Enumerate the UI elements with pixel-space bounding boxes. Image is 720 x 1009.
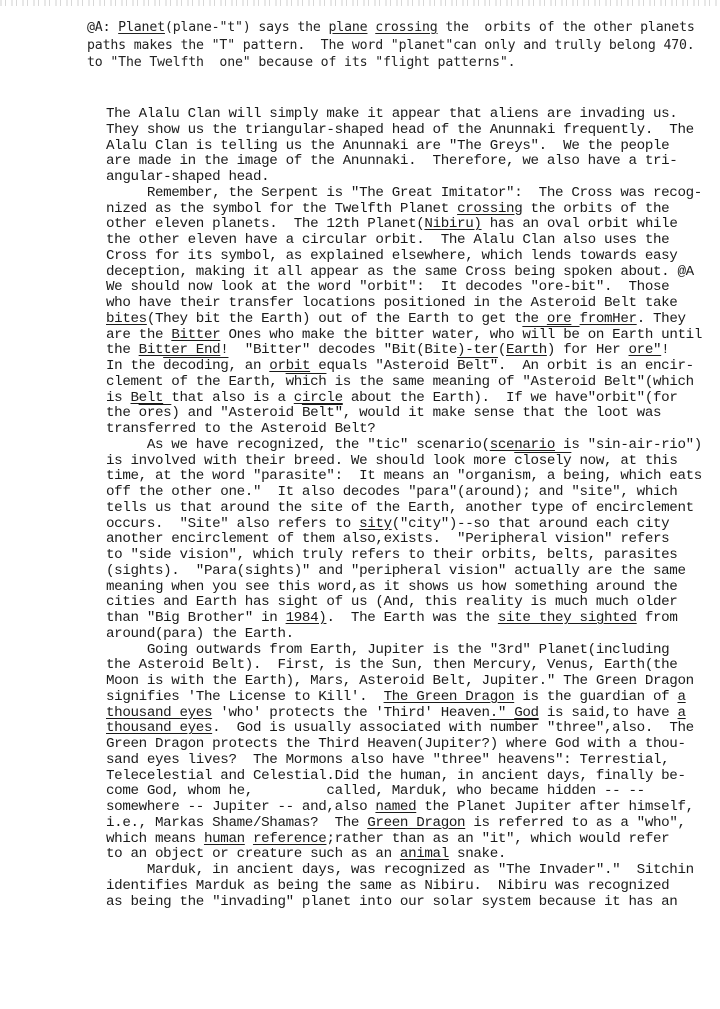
text-segment: to an object or creature such as an: [106, 846, 400, 862]
text-segment: Cross for its symbol, as explained elsew…: [106, 248, 677, 264]
text-line: is involved with their breed. We should …: [106, 454, 686, 470]
underlined-text: orbit: [269, 358, 310, 374]
text-segment: are made in the image of the Anunnaki. T…: [106, 153, 677, 169]
text-segment: is referred to as a "who",: [465, 815, 685, 831]
text-line: the Asteroid Belt). First, is the Sun, t…: [106, 658, 686, 674]
underlined-text: animal: [400, 846, 449, 862]
text-segment: . An orbit is an encir-: [498, 358, 694, 374]
text-line: time, at the word "parasite": It means a…: [106, 469, 686, 485]
text-segment: Going outwards from Earth, Jupiter is th…: [106, 642, 669, 658]
text-segment: is said,to have: [539, 705, 678, 721]
text-segment: 'who' protects the 'Third' Heaven.": [212, 705, 514, 721]
page-number: 470.: [663, 38, 694, 53]
underlined-text: Bitter: [171, 327, 220, 343]
text-segment: is the guardian of: [514, 689, 677, 705]
text-segment: around(para) the Earth.: [106, 626, 294, 642]
text-segment: transferred to the Asteroid Belt?: [106, 421, 375, 437]
text-line: angular-shaped head.: [106, 170, 686, 186]
text-line: signifies 'The License to Kill'. The Gre…: [106, 690, 686, 706]
text-line: clement of the Earth, which is the same …: [106, 375, 686, 391]
underlined-text: reference: [253, 831, 326, 847]
text-segment: (plane-"t") says the: [165, 20, 329, 35]
underlined-text: named: [375, 799, 416, 815]
scan-artifact-strip: [0, 0, 720, 6]
text-segment: angular-shaped head.: [106, 169, 269, 185]
text-segment: ! "Bitter" decodes "Bit(Bite)-ter(: [220, 342, 506, 358]
text-line: In the decoding, an orbit equals "Astero…: [106, 359, 686, 375]
text-line: come God, whom he, called, Marduk, who b…: [106, 784, 686, 800]
text-line: the ores) and "Asteroid Belt", would it …: [106, 406, 686, 422]
underlined-text: fromHer: [580, 311, 637, 327]
text-line: Cross for its symbol, as explained elsew…: [106, 249, 686, 265]
text-line: Telecelestial and Celestial.Did the huma…: [106, 769, 686, 785]
underlined-text: The Green Dragon: [384, 689, 515, 705]
text-line: the Bitter End! "Bitter" decodes "Bit(Bi…: [106, 343, 686, 359]
text-line: paths makes the "T" pattern. The word "p…: [87, 37, 707, 55]
text-segment: Telecelestial and Celestial.Did the huma…: [106, 768, 686, 784]
underlined-text: ore: [547, 311, 572, 327]
text-line: are made in the image of the Anunnaki. T…: [106, 154, 686, 170]
text-line: transferred to the Asteroid Belt?: [106, 422, 686, 438]
text-segment: as being the "invading" planet into our …: [106, 894, 677, 910]
text-segment: Alalu Clan is telling us the Anunnaki ar…: [106, 138, 669, 154]
text-line: bites(They bit the Earth) out of the Ear…: [106, 312, 686, 328]
text-segment: are the: [106, 327, 171, 343]
text-segment: ("city")--so that around each city: [392, 516, 670, 532]
underlined-text: Earth: [506, 342, 547, 358]
text-segment: . God is usually associated with: [212, 720, 490, 736]
text-segment: Ones who make the bitter water, who: [220, 327, 522, 343]
text-segment: now, at this: [571, 453, 677, 469]
text-line: the other eleven have a circular orbit. …: [106, 233, 686, 249]
underlined-text: Bitter End: [139, 342, 221, 358]
text-segment: from: [637, 610, 678, 626]
underlined-text: sity: [359, 516, 392, 532]
underlined-text: human: [204, 831, 245, 847]
underlined-text: Green Dragon: [367, 815, 465, 831]
underlined-text: Nibiru): [424, 216, 481, 232]
overlined-text: which: [286, 374, 327, 390]
text-segment: snake.: [449, 846, 506, 862]
text-line: somewhere -- Jupiter -- and,also named t…: [106, 800, 686, 816]
text-line: nized as the symbol for the Twelfth Plan…: [106, 202, 686, 218]
text-line: @A: Planet(plane-"t") says the plane cro…: [87, 19, 707, 37]
text-line: identifies Marduk as being the same as N…: [106, 879, 686, 895]
text-line: Remember, the Serpent is "The Great Imit…: [106, 186, 686, 202]
underlined-text: site they sighted: [498, 610, 637, 626]
text-line: Green Dragon protects the Third Heaven(J…: [106, 737, 686, 753]
text-segment: clement of the Earth,: [106, 374, 286, 390]
text-line: tells us that around the site of the Ear…: [106, 501, 686, 517]
text-line: Alalu Clan is telling us the Anunnaki ar…: [106, 139, 686, 155]
text-segment: Green Dragon protects the Third Heaven(J…: [106, 736, 686, 752]
text-segment: to "The Twelfth one" because of its "fli…: [87, 55, 515, 70]
text-line: occurs. "Site" also refers to sity("city…: [106, 517, 686, 533]
text-line: off the other one." It also decodes "par…: [106, 485, 686, 501]
text-segment: (sights). "Para(sights)" and "peripheral…: [106, 563, 686, 579]
text-segment: paths makes the "T" pattern. The word "p…: [87, 38, 663, 53]
text-segment: occurs. "Site" also refers to: [106, 516, 359, 532]
text-line: which means human reference;rather than …: [106, 832, 686, 848]
text-segment: time, at the word "parasite": It means a…: [106, 468, 702, 484]
text-line: meaning when you see this word,as it sho…: [106, 580, 686, 596]
text-line: to an object or creature such as an anim…: [106, 847, 686, 863]
text-segment: [571, 311, 579, 327]
text-segment: equals "Asteroid: [310, 358, 457, 374]
text-line: They show us the triangular-shaped head …: [106, 123, 686, 139]
text-segment: that also is a: [163, 390, 294, 406]
text-segment: is involved with their breed. We should …: [106, 453, 514, 469]
text-line: are the Bitter Ones who make the bitter …: [106, 328, 686, 344]
document-body: The Alalu Clan will simply make it appea…: [106, 107, 686, 910]
text-line: The Alalu Clan will simply make it appea…: [106, 107, 686, 123]
text-segment: signifies 'The License to Kill'.: [106, 689, 384, 705]
text-line: Going outwards from Earth, Jupiter is th…: [106, 643, 686, 659]
text-segment: off the other one." It also decodes "par…: [106, 484, 677, 500]
text-segment: the: [106, 405, 139, 421]
text-segment: the Planet Jupiter after himself,: [416, 799, 694, 815]
underlined-text: God: [514, 705, 539, 721]
underlined-text: ore": [629, 342, 662, 358]
text-segment: ) and "Asteroid: [171, 405, 302, 421]
underlined-text: a: [678, 705, 686, 721]
text-segment: the orbits of the: [522, 201, 669, 217]
text-line: than "Big Brother" in 1984). The Earth w…: [106, 611, 686, 627]
text-segment: tells us that around the site of the Ear…: [106, 500, 694, 516]
text-line: cities and Earth has sight of us (And, t…: [106, 595, 686, 611]
text-segment: somewhere -- Jupiter -- and,also: [106, 799, 375, 815]
text-segment: As we have recognized, the "tic" scenari…: [106, 437, 490, 453]
text-segment: Moon is with the Earth), Mars, Asteroid …: [106, 673, 694, 689]
text-segment: @A:: [87, 20, 118, 35]
text-line: other eleven planets. The 12th Planet(Ni…: [106, 217, 686, 233]
text-segment: come God, whom he, called, Marduk, who b…: [106, 783, 645, 799]
text-segment: another encirclement of them also,exists…: [106, 531, 669, 547]
text-line: thousand eyes. God is usually associated…: [106, 721, 686, 737]
text-segment: "three",also. The: [539, 720, 694, 736]
text-segment: (They bit the Earth) out of the Earth to…: [147, 311, 547, 327]
text-segment: other eleven planets. The 12th Planet(: [106, 216, 424, 232]
text-line: (sights). "Para(sights)" and "peripheral…: [106, 564, 686, 580]
text-segment: on Earth until: [580, 327, 702, 343]
text-segment: about the Earth). If we have"orbit"(for: [343, 390, 678, 406]
text-line: to "The Twelfth one" because of its "fli…: [87, 54, 707, 72]
text-segment: i.e., Markas Shame/Shamas? The: [106, 815, 367, 831]
text-line: who have their transfer locations positi…: [106, 296, 686, 312]
text-line: another encirclement of them also,exists…: [106, 532, 686, 548]
text-segment: the orbits of the other planets: [438, 20, 695, 35]
underlined-text: Planet: [118, 20, 165, 35]
text-segment: to "side vision", which truly refers to …: [106, 547, 677, 563]
text-line: to "side vision", which truly refers to …: [106, 548, 686, 564]
underlined-text: thousand eyes: [106, 705, 212, 721]
text-segment: cities and Earth has sight of us (And, t…: [106, 594, 677, 610]
text-segment: which means: [106, 831, 204, 847]
text-segment: the other eleven have a circular orbit. …: [106, 232, 669, 248]
text-line: around(para) the Earth.: [106, 627, 686, 643]
text-segment: , an: [228, 358, 269, 374]
text-line: i.e., Markas Shame/Shamas? The Green Dra…: [106, 816, 686, 832]
underlined-text: plane: [329, 20, 368, 35]
text-segment: who have their transfer locations positi…: [106, 295, 677, 311]
overlined-text: decoding: [163, 358, 228, 374]
text-segment: . The Earth was the: [326, 610, 497, 626]
underlined-text: thousand eyes: [106, 720, 212, 736]
overlined-text: Belt": [302, 405, 343, 421]
text-line: Marduk, in ancient days, was recognized …: [106, 863, 686, 879]
overlined-text: Belt": [457, 358, 498, 374]
text-segment: nized as the symbol for the Twelfth Plan…: [106, 201, 457, 217]
text-line: Moon is with the Earth), Mars, Asteroid …: [106, 674, 686, 690]
text-segment: is: [106, 390, 131, 406]
text-line: as being the "invading" planet into our …: [106, 895, 686, 911]
text-segment: identifies Marduk as being the same as N…: [106, 878, 669, 894]
underlined-text: 1984): [286, 610, 327, 626]
text-segment: They show us the triangular-shaped head …: [106, 122, 694, 138]
text-segment: ;rather than as an "it", which would ref…: [326, 831, 669, 847]
text-line: As we have recognized, the "tic" scenari…: [106, 438, 686, 454]
underlined-text: bites: [106, 311, 147, 327]
text-segment: Marduk, in ancient days, was recognized …: [106, 862, 694, 878]
text-segment: [245, 831, 253, 847]
overlined-text: ores: [139, 405, 172, 421]
text-segment: The Alalu Clan will simply make it appea…: [106, 106, 677, 122]
text-line: deception, making it all appear as the s…: [106, 265, 686, 281]
text-line: sand eyes lives? The Mormons also have "…: [106, 753, 686, 769]
text-segment: has an oval orbit while: [482, 216, 678, 232]
overlined-text: will be: [522, 327, 579, 343]
text-segment: is the same meaning of "Asteroid Belt"(w…: [326, 374, 693, 390]
text-segment: In the: [106, 358, 163, 374]
text-line: is Belt that also is a circle about the …: [106, 391, 686, 407]
text-segment: sand eyes lives? The Mormons also have "…: [106, 752, 669, 768]
text-line: thousand eyes 'who' protects the 'Third'…: [106, 706, 686, 722]
text-segment: deception, making it all appear as the s…: [106, 264, 694, 280]
underlined-text: a: [677, 689, 685, 705]
text-segment: !: [661, 342, 669, 358]
underlined-text: circle: [294, 390, 343, 406]
text-segment: than "Big Brother" in: [106, 610, 286, 626]
underlined-text: crossing: [457, 201, 522, 217]
text-segment: is "sin-air-rio"): [555, 437, 702, 453]
text-segment: meaning when you see this word,as it sho…: [106, 579, 677, 595]
text-line: We should now look at the word "orbit": …: [106, 280, 686, 296]
top-annotation-note: @A: Planet(plane-"t") says the plane cro…: [87, 19, 707, 72]
underlined-text: Belt: [131, 390, 164, 406]
text-segment: Remember, the Serpent is "The Great Imit…: [106, 185, 702, 201]
underlined-text: scenario: [490, 437, 555, 453]
text-segment: the Asteroid Belt). First, is the Sun, t…: [106, 657, 677, 673]
text-segment: , would it make sense that the loot was: [343, 405, 661, 421]
overlined-text: number: [490, 720, 539, 736]
overlined-text: closely: [514, 453, 571, 469]
text-segment: the: [106, 342, 139, 358]
underlined-text: crossing: [375, 20, 437, 35]
text-segment: ) for Her: [547, 342, 629, 358]
text-segment: We should now look at the word "orbit": …: [106, 279, 669, 295]
text-segment: . They: [637, 311, 686, 327]
